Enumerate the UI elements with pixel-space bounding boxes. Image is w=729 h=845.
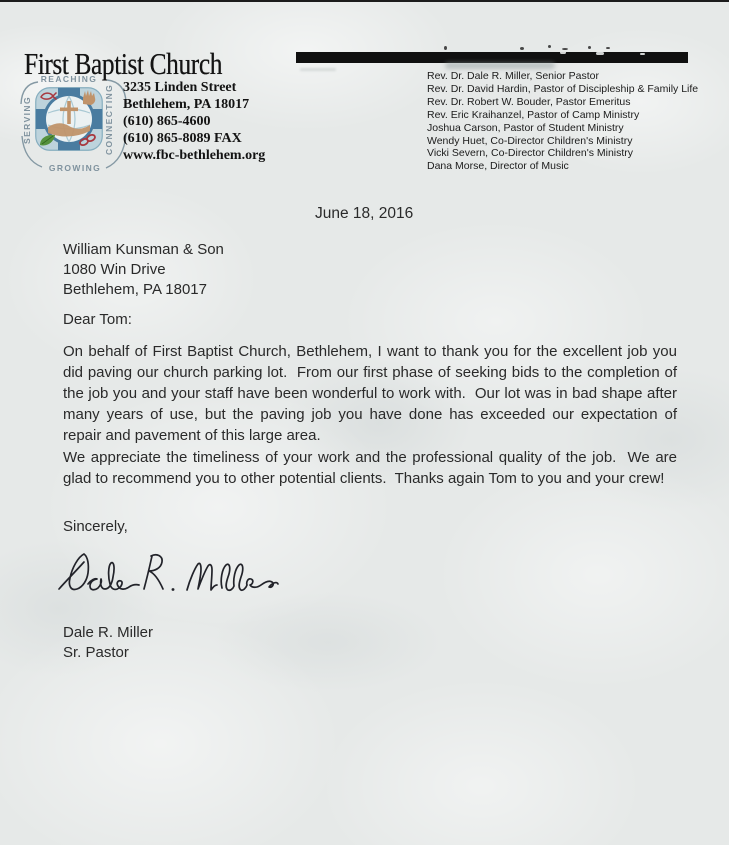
logo-emblem xyxy=(35,87,103,151)
recipient-address: William Kunsman & Son 1080 Win Drive Bet… xyxy=(63,240,224,300)
address-line: (610) 865-4600 xyxy=(123,113,265,130)
church-address: 3235 Linden Street Bethlehem, PA 18017 (… xyxy=(123,79,265,164)
scan-artifact xyxy=(560,51,566,54)
scan-speck xyxy=(520,47,524,50)
sender-block: Dale R. Miller Sr. Pastor xyxy=(63,623,153,663)
sender-name: Dale R. Miller xyxy=(63,623,153,643)
salutation: Dear Tom: xyxy=(63,311,132,328)
scanned-letter-page: First Baptist Church REACHING SERVING CO… xyxy=(0,0,729,845)
address-line: 3235 Linden Street xyxy=(123,79,265,96)
address-line: www.fbc-bethlehem.org xyxy=(123,147,265,164)
staff-list-item: Vicki Severn, Co-Director Children's Min… xyxy=(427,147,698,160)
body-paragraph-1: On behalf of First Baptist Church, Bethl… xyxy=(63,341,677,446)
address-line: (610) 865-8089 FAX xyxy=(123,130,265,147)
closing: Sincerely, xyxy=(63,518,128,535)
scan-artifact xyxy=(640,53,645,55)
staff-list-item: Joshua Carson, Pastor of Student Ministr… xyxy=(427,122,698,135)
scan-smudge xyxy=(445,62,555,69)
sender-title: Sr. Pastor xyxy=(63,643,153,663)
logo-word-connecting: CONNECTING xyxy=(104,85,114,155)
body-paragraph-2: We appreciate the timeliness of your wor… xyxy=(63,447,677,489)
scan-smudge xyxy=(300,68,336,71)
scan-top-edge xyxy=(0,0,729,2)
address-line: Bethlehem, PA 18017 xyxy=(123,96,265,113)
scan-speck xyxy=(444,46,447,50)
staff-list-item: Rev. Eric Kraihanzel, Pastor of Camp Min… xyxy=(427,109,698,122)
recipient-line: William Kunsman & Son xyxy=(63,240,224,260)
letter-date: June 18, 2016 xyxy=(315,205,413,223)
staff-list-item: Wendy Huet, Co-Director Children's Minis… xyxy=(427,135,698,148)
logo-word-serving: SERVING xyxy=(22,90,32,150)
recipient-line: Bethlehem, PA 18017 xyxy=(63,280,224,300)
logo-word-growing: GROWING xyxy=(40,163,110,173)
staff-list-item: Rev. Dr. Dale R. Miller, Senior Pastor xyxy=(427,70,698,83)
scan-artifact xyxy=(596,52,604,55)
scan-speck xyxy=(588,46,591,49)
logo-word-reaching: REACHING xyxy=(35,74,103,84)
scan-speck xyxy=(606,47,610,49)
staff-list-item: Dana Morse, Director of Music xyxy=(427,160,698,173)
staff-list-item: Rev. Dr. Robert W. Bouder, Pastor Emerit… xyxy=(427,96,698,109)
scan-speck xyxy=(562,48,568,50)
staff-directory: Rev. Dr. Dale R. Miller, Senior Pastor R… xyxy=(427,70,698,173)
signature-handwriting xyxy=(56,546,284,604)
staff-list-item: Rev. Dr. David Hardin, Pastor of Discipl… xyxy=(427,83,698,96)
scan-speck xyxy=(548,45,551,48)
recipient-line: 1080 Win Drive xyxy=(63,260,224,280)
